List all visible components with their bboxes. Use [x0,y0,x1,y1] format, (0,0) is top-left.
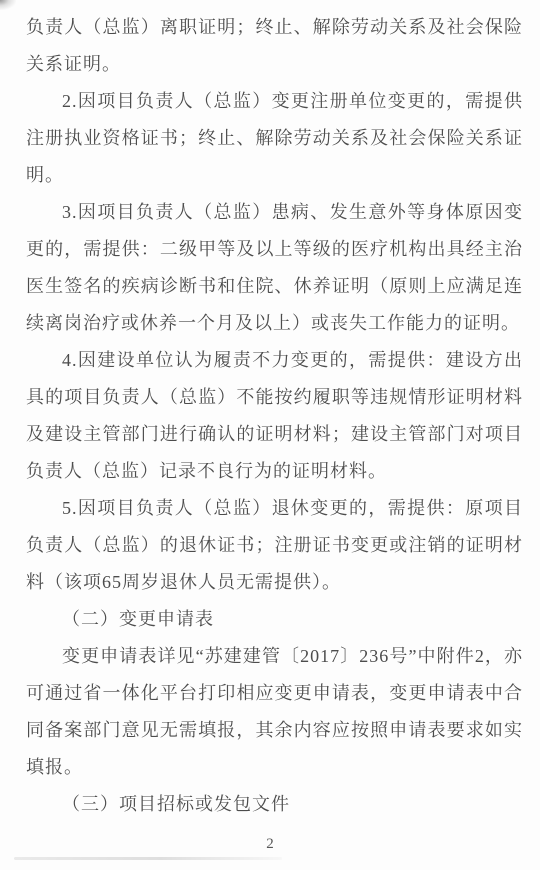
paragraph-item-5: 5.因项目负责人（总监）退休变更的，需提供：原项目负责人（总监）的退休证书；注册… [26,490,523,601]
document-page: 负责人（总监）离职证明；终止、解除劳动关系及社会保险关系证明。 2.因项目负责人… [0,0,540,870]
scan-artifact-corner [0,0,16,10]
paragraph-item-3: 3.因项目负责人（总监）患病、发生意外等身体原因变更的，需提供：二级甲等及以上等… [26,194,523,342]
document-body: 负责人（总监）离职证明；终止、解除劳动关系及社会保险关系证明。 2.因项目负责人… [26,9,523,823]
scan-artifact-smudge [14,857,282,860]
page-number: 2 [0,836,540,853]
section-heading-3: （三）项目招标或发包文件 [26,786,523,823]
paragraph-item-2: 2.因项目负责人（总监）变更注册单位变更的，需提供注册执业资格证书；终止、解除劳… [26,83,523,194]
paragraph-item-4: 4.因建设单位认为履责不力变更的，需提供：建设方出具的项目负责人（总监）不能按约… [26,342,523,490]
paragraph-application-form: 变更申请表详见“苏建建管〔2017〕236号”中附件2，亦可通过省一体化平台打印… [26,638,523,786]
paragraph-continuation: 负责人（总监）离职证明；终止、解除劳动关系及社会保险关系证明。 [26,9,523,83]
section-heading-2: （二）变更申请表 [26,601,523,638]
